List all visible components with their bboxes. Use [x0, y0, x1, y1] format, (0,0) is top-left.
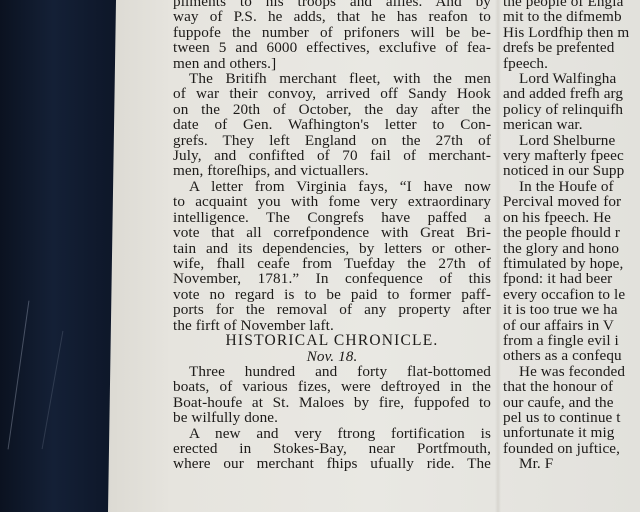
left-column: pliments to his troops and allies. And b… — [173, 0, 491, 472]
text-line: July, and confifted of 70 fail of mercha… — [173, 148, 491, 163]
dark-background — [0, 0, 118, 512]
text-line: vote no regard is to be paid to former p… — [173, 287, 491, 302]
paragraph: Three hundred and forty flat-bottomedboa… — [173, 364, 491, 426]
text-line: He was feconded — [503, 364, 640, 379]
text-line: unfortunate it mig — [503, 425, 640, 440]
text-line: from a fingle evil i — [503, 333, 640, 348]
text-line: November, 1781.” In confequence of this — [173, 271, 491, 286]
text-line: grefs. They left England on the 27th of — [173, 133, 491, 148]
text-line: on the 20th of October, the day after th… — [173, 102, 491, 117]
text-line: very mafterly fpeec — [503, 148, 640, 163]
text-line: of war their convoy, arrived off Sandy H… — [173, 86, 491, 101]
text-line: ports for the removal of any property af… — [173, 302, 491, 317]
text-line: merican war. — [503, 117, 640, 132]
text-line: others as a confequ — [503, 348, 640, 363]
text-line: ftimulated by hope, — [503, 256, 640, 271]
text-line: erected in Stokes-Bay, near Portfmouth, — [173, 441, 491, 456]
text-line: every occafion to le — [503, 287, 640, 302]
text-line: The Britifh merchant fleet, with the men — [173, 71, 491, 86]
text-line: A letter from Virginia fays, “I have now — [173, 179, 491, 194]
text-line: In the Houfe of — [503, 179, 640, 194]
text-line: boats, of various fizes, were deftroyed … — [173, 379, 491, 394]
text-line: the firft of November laft. — [173, 318, 491, 333]
text-line: our caufe, and the — [503, 395, 640, 410]
fabric-streak — [42, 331, 64, 449]
text-line: Lord Walfingha — [503, 71, 640, 86]
text-line: tween 5 and 6000 effectives, exclufive o… — [173, 40, 491, 55]
paragraph: A new and very ftrong fortification iser… — [173, 426, 491, 472]
text-line: pel us to continue t — [503, 410, 640, 425]
text-line: to acquaint you with fome very extraordi… — [173, 194, 491, 209]
column-divider — [495, 0, 501, 512]
text-line: wife, fhall ceafe from Tuefday the 27th … — [173, 256, 491, 271]
text-line: Percival moved for — [503, 194, 640, 209]
text-line: tain and its dependencies, by letters or… — [173, 241, 491, 256]
paragraph: A letter from Virginia fays, “I have now… — [173, 179, 491, 333]
text-line: A new and very ftrong fortification is — [173, 426, 491, 441]
paragraph: pliments to his troops and allies. And b… — [173, 0, 491, 71]
paragraph: The Britifh merchant fleet, with the men… — [173, 71, 491, 179]
text-line: where our merchant fhips ufually ride. T… — [173, 456, 491, 471]
section-date: Nov. 18. — [173, 349, 491, 364]
text-line: intelligence. The Congrefs have paffed a — [173, 210, 491, 225]
text-line: Boat-houfe at St. Maloes by fire, fuppof… — [173, 395, 491, 410]
fabric-streak — [8, 301, 30, 450]
text-line: vote that all correfpondence with Great … — [173, 225, 491, 240]
text-line: fuppofe the number of prifoners will be … — [173, 25, 491, 40]
text-line: of our affairs in V — [503, 318, 640, 333]
text-line: Mr. F — [503, 456, 640, 471]
text-line: Lord Shelburne — [503, 133, 640, 148]
right-column: the people of Englamit to the difmembHis… — [503, 0, 640, 472]
text-line: men, ftoreſhips, and victuallers. — [173, 163, 491, 178]
text-line: Three hundred and forty flat-bottomed — [173, 364, 491, 379]
newspaper-page: pliments to his troops and allies. And b… — [108, 0, 640, 512]
text-line: fpeech. — [503, 56, 640, 71]
text-line: men and others.] — [173, 56, 491, 71]
text-line: founded on juftice, — [503, 441, 640, 456]
text-line: drefs be prefented — [503, 40, 640, 55]
text-line: that the honour of — [503, 379, 640, 394]
text-line: date of Gen. Wafhington's letter to Con- — [173, 117, 491, 132]
text-line: the glory and hono — [503, 241, 640, 256]
text-line: policy of relinquifh — [503, 102, 640, 117]
text-line: fpond: it had beer — [503, 271, 640, 286]
text-line: it is too true we ha — [503, 302, 640, 317]
text-line: mit to the difmemb — [503, 9, 640, 24]
text-line: on his fpeech. He — [503, 210, 640, 225]
text-line: and added frefh arg — [503, 86, 640, 101]
text-line: the people fhould r — [503, 225, 640, 240]
text-line: noticed in our Supp — [503, 163, 640, 178]
text-line: be wilfully done. — [173, 410, 491, 425]
section-heading: HISTORICAL CHRONICLE. — [173, 333, 491, 349]
text-line: way of P.S. he adds, that he has reafon … — [173, 9, 491, 24]
text-line: His Lordfhip then m — [503, 25, 640, 40]
